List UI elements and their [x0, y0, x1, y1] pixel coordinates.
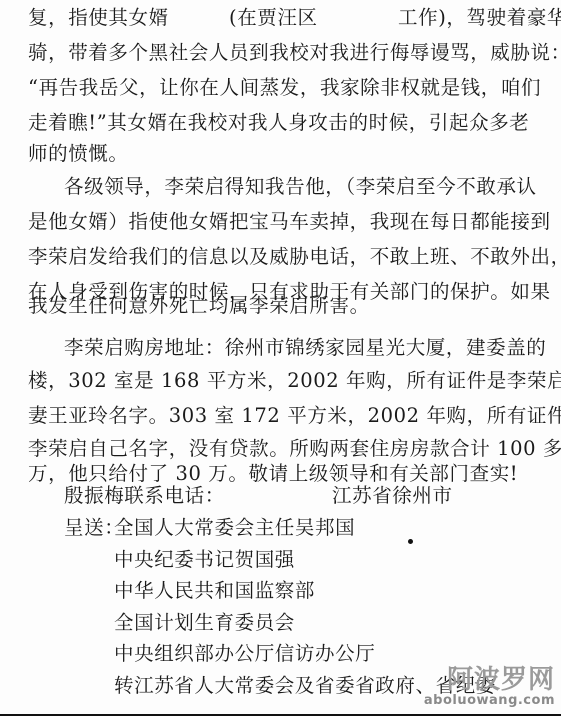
text-line: 骑，带着多个黑社会人员到我校对我进行侮辱谩骂，威胁说： — [28, 42, 561, 64]
text-line: 楼，302 室是 168 平方米，2002 年购，所有证件是李荣启之 — [28, 370, 561, 392]
text-line: 是他女婿）指使他女婿把宝马车卖掉，我现在每日都能接到 — [28, 211, 551, 233]
watermark: 阿波罗网 aboluowang.com — [424, 666, 555, 708]
cc-recipient: 全国计划生育委员会 — [114, 612, 295, 634]
cc-recipient: 中央纪委书记贺国强 — [114, 549, 295, 571]
contact-label: 殷振梅联系电话： — [64, 485, 225, 507]
text-line: 我发生任何意外死亡均属李荣启所害。 — [28, 295, 370, 317]
scan-speck — [408, 539, 413, 544]
text-line: 各级领导，李荣启得知我告他，（李荣启至今不敢承认 — [64, 176, 537, 198]
text-line: 李荣启自己名字，没有贷款。所购两套住房房款合计 100 多 — [28, 438, 561, 460]
text-line: 李荣启发给我们的信息以及威胁电话，不敢上班、不敢外出， — [28, 246, 561, 268]
cc-recipient: 中华人民共和国监察部 — [114, 580, 315, 602]
text-line: 师的愤慨。 — [28, 143, 129, 165]
watermark-en: aboluowang.com — [424, 694, 555, 708]
cc-recipient: 中央组织部办公厅信访办公厅 — [114, 643, 375, 665]
text-line: 妻王亚玲名字。303 室 172 平方米，2002 年购，所有证件是 — [28, 405, 561, 427]
text-line: 万，他只给付了 30 万。敬请上级领导和有关部门查实! — [28, 463, 518, 485]
text-line: 走着瞧!”其女婿在我校对我人身攻击的时候，引起众多老 — [28, 112, 529, 134]
text-line: “再告我岳父，让你在人间蒸发，我家除非权就是钱，咱们 — [28, 77, 541, 99]
watermark-cn: 阿波罗网 — [424, 666, 555, 694]
cc-recipient: 全国人大常委会主任吴邦国 — [114, 517, 355, 539]
text-line: 李荣启购房地址：徐州市锦绣家园星光大厦，建委盖的 — [64, 337, 546, 359]
text-line: 复，指使其女婿 (在贾汪区 工作)，驾驶着豪华坐 — [28, 7, 561, 29]
contact-location: 江苏省徐州市 — [332, 485, 453, 507]
